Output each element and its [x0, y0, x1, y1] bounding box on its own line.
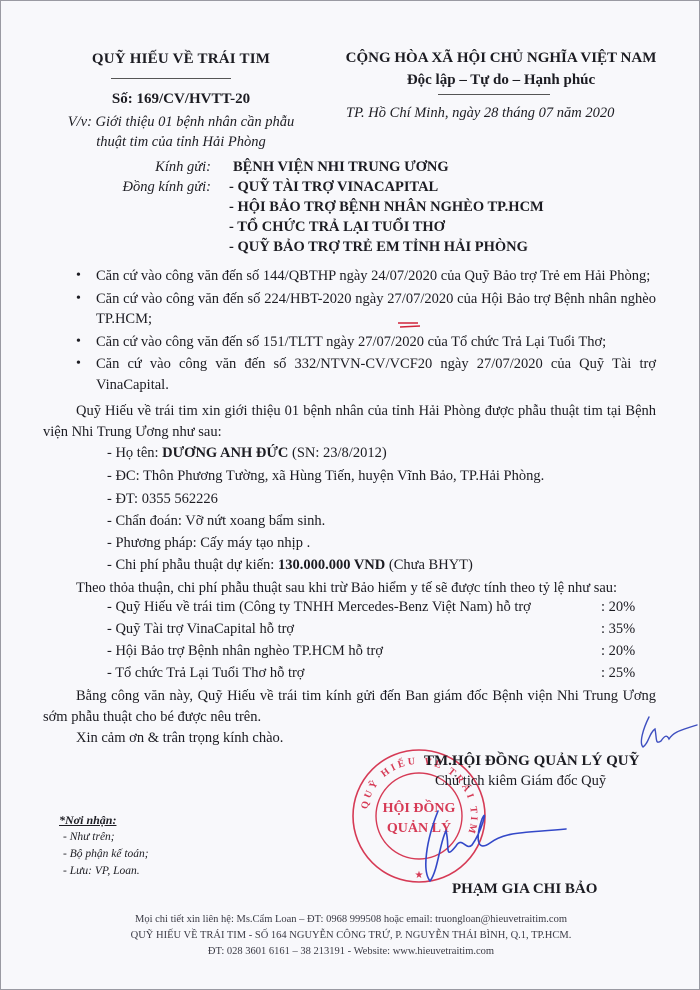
- closing-paragraph: Bằng công văn này, Quỹ Hiếu về trái tim …: [43, 686, 656, 728]
- patient-phone: - ĐT: 0355 562226: [107, 491, 218, 508]
- cc-recipient: - HỘI BẢO TRỢ BỆNH NHÂN NGHÈO TP.HCM: [229, 199, 544, 216]
- list-item: Căn cứ vào công văn đến số 144/QBTHP ngà…: [76, 266, 656, 287]
- cost-label: - Chi phí phẫu thuật dự kiến:: [107, 557, 278, 573]
- org-name: QUỸ HIẾU VỀ TRÁI TIM: [81, 51, 281, 68]
- recipients-note-item: - Bộ phận kế toán;: [63, 848, 149, 860]
- cost-value: 130.000.000 VND: [278, 557, 385, 573]
- red-pen-mark-icon: [396, 319, 426, 333]
- list-item: Căn cứ vào công văn đến số 332/NTVN-CV/V…: [76, 354, 656, 395]
- footer-phone-website: ĐT: 028 3601 6161 – 38 213191 - Website:…: [1, 946, 700, 957]
- cost-note: (Chưa BHYT): [385, 557, 473, 573]
- document-subject: V/v: Giới thiệu 01 bệnh nhân cần phẫu th…: [61, 112, 301, 152]
- list-item: Căn cứ vào công văn đến số 151/TLTT ngày…: [76, 332, 656, 353]
- recipients-note-heading: *Nơi nhận:: [59, 813, 116, 828]
- footer-contact: Mọi chi tiết xin liên hệ: Ms.Cẩm Loan – …: [1, 914, 700, 925]
- recipients-note-item: - Lưu: VP, Loan.: [63, 865, 140, 877]
- patient-diagnosis: - Chẩn đoán: Vỡ nứt xoang bẩm sinh.: [107, 513, 325, 530]
- bases-list: Căn cứ vào công văn đến số 144/QBTHP ngà…: [76, 266, 656, 397]
- agreement-paragraph: Theo thỏa thuận, chi phí phẫu thuật sau …: [43, 578, 656, 599]
- cc-recipient: - QUỸ TÀI TRỢ VINACAPITAL: [229, 179, 438, 196]
- place-date: TP. Hồ Chí Minh, ngày 28 tháng 07 năm 20…: [346, 105, 614, 122]
- ratio-label: - Quỹ Hiếu về trái tim (Công ty TNHH Mer…: [107, 599, 531, 616]
- ratio-label: - Quỹ Tài trợ VinaCapital hỗ trợ: [107, 621, 294, 638]
- ratio-value: : 20%: [601, 599, 635, 616]
- divider: [438, 94, 550, 95]
- handwritten-signature-icon: [416, 801, 586, 891]
- divider: [111, 78, 231, 79]
- patient-cost-line: - Chi phí phẫu thuật dự kiến: 130.000.00…: [107, 557, 473, 574]
- thanks-line: Xin cảm ơn & trân trọng kính chào.: [76, 730, 283, 747]
- patient-method: - Phương pháp: Cấy máy tạo nhịp .: [107, 535, 310, 552]
- patient-dob: (SN: 23/8/2012): [288, 445, 386, 461]
- patient-address: - ĐC: Thôn Phương Tường, xã Hùng Tiến, h…: [107, 468, 544, 485]
- ratio-value: : 35%: [601, 621, 635, 638]
- patient-name-line: - Họ tên: DƯƠNG ANH ĐỨC (SN: 23/8/2012): [107, 445, 387, 462]
- patient-name-label: - Họ tên:: [107, 445, 162, 461]
- ratio-value: : 25%: [601, 665, 635, 682]
- to-recipient: BỆNH VIỆN NHI TRUNG ƯƠNG: [233, 159, 449, 176]
- recipients-note-item: - Như trên;: [63, 831, 115, 843]
- national-motto: Độc lập – Tự do – Hạnh phúc: [331, 72, 671, 89]
- to-label: Kính gửi:: [21, 159, 211, 176]
- cc-label: Đồng kính gửi:: [21, 179, 211, 196]
- list-item: Căn cứ vào công văn đến số 224/HBT-2020 …: [76, 289, 656, 330]
- ratio-label: - Hội Bảo trợ Bệnh nhân nghèo TP.HCM hỗ …: [107, 643, 383, 660]
- cc-recipient: - TỔ CHỨC TRẢ LẠI TUỔI THƠ: [229, 219, 445, 236]
- document-number: Số: 169/CV/HVTT-20: [61, 91, 301, 108]
- initials-signature-icon: [637, 713, 700, 755]
- national-title: CỘNG HÒA XÃ HỘI CHỦ NGHĨA VIỆT NAM: [331, 50, 671, 67]
- signature-title: TM.HỘI ĐỒNG QUẢN LÝ QUỸ: [424, 753, 639, 770]
- document-page: QUỸ HIẾU VỀ TRÁI TIM Số: 169/CV/HVTT-20 …: [0, 0, 700, 990]
- footer-address: QUỸ HIẾU VỀ TRÁI TIM - SỐ 164 NGUYỄN CÔN…: [1, 930, 700, 941]
- signatory-name: PHẠM GIA CHI BẢO: [452, 881, 597, 898]
- patient-name: DƯƠNG ANH ĐỨC: [162, 445, 288, 461]
- intro-paragraph: Quỹ Hiếu về trái tim xin giới thiệu 01 b…: [43, 401, 656, 443]
- ratio-value: : 20%: [601, 643, 635, 660]
- ratio-label: - Tổ chức Trả Lại Tuổi Thơ hỗ trợ: [107, 665, 304, 682]
- cc-recipient: - QUỸ BẢO TRỢ TRẺ EM TỈNH HẢI PHÒNG: [229, 239, 528, 256]
- signature-role: Chủ tịch kiêm Giám đốc Quỹ: [435, 773, 606, 790]
